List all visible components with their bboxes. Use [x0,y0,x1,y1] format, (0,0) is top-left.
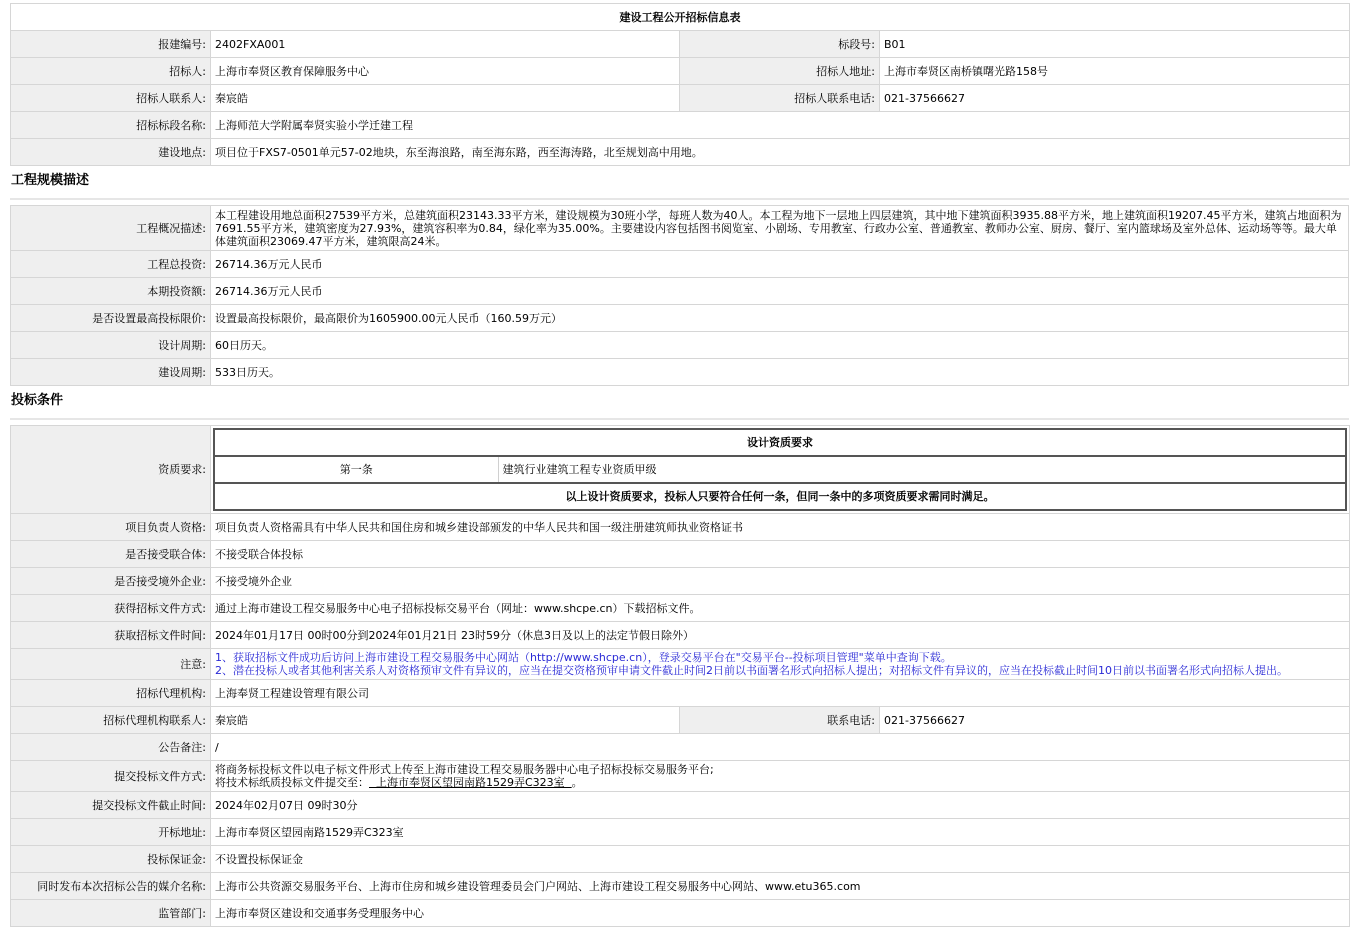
section-heading-scale: 工程规模描述 [10,166,1349,200]
row-remark: 公告备注: / [11,734,1350,761]
row-contact: 招标人联系人: 秦宸皓 招标人联系电话: 021-37566627 [11,85,1350,112]
max-price-value: 设置最高投标限价，最高限价为1605900.00元人民币（160.59万元） [211,305,1349,332]
agency-phone-value: 021-37566627 [880,707,1350,734]
contact-label: 招标人联系人: [11,85,211,112]
supervisor-value: 上海市奉贤区建设和交通事务受理服务中心 [211,900,1350,927]
conditions-table: 资质要求: 设计资质要求 第一条 建筑行业建筑工程专业资质甲级 以上设计资质要求… [10,425,1350,927]
remark-value: / [211,734,1350,761]
qualification-footer: 以上设计资质要求，投标人只要符合任何一条，但同一条中的多项资质要求需同时满足。 [214,483,1346,510]
report-no-label: 报建编号: [11,31,211,58]
phone-label: 招标人联系电话: [680,85,880,112]
row-pm: 项目负责人资格: 项目负责人资格需具有中华人民共和国住房和城乡建设部颁发的中华人… [11,514,1350,541]
consortium-value: 不接受联合体投标 [211,541,1350,568]
submit-method-suffix: 。 [572,776,583,789]
location-value: 项目位于FXS7-0501单元57-02地块，东至海浪路，南至海东路，西至海涛路… [211,139,1350,166]
row-total-investment: 工程总投资: 26714.36万元人民币 [11,251,1349,278]
row-media: 同时发布本次招标公告的媒介名称: 上海市公共资源交易服务平台、上海市住房和城乡建… [11,873,1350,900]
row-opening-address: 开标地址: 上海市奉贤区望园南路1529弄C323室 [11,819,1350,846]
deposit-value: 不设置投标保证金 [211,846,1350,873]
submit-method-prefix: 将技术标纸质投标文件提交至： [215,776,369,789]
submit-address: 上海市奉贤区望园南路1529弄C323室 [369,776,572,789]
supervisor-label: 监管部门: [11,900,211,927]
opening-address-value: 上海市奉贤区望园南路1529弄C323室 [211,819,1350,846]
basic-info-table: 建设工程公开招标信息表 报建编号: 2402FXA001 标段号: B01 招标… [10,3,1350,166]
total-investment-value: 26714.36万元人民币 [211,251,1349,278]
row-build-period: 建设周期: 533日历天。 [11,359,1349,386]
section-no-label: 标段号: [680,31,880,58]
tenderer-address-value: 上海市奉贤区南桥镇曙光路158号 [880,58,1350,85]
doc-time-value: 2024年01月17日 00时00分到2024年01月21日 23时59分（休息… [211,622,1350,649]
tenderer-label: 招标人: [11,58,211,85]
scale-table: 工程概况描述: 本工程建设用地总面积27539平方米，总建筑面积23143.33… [10,205,1349,386]
row-deadline: 提交投标文件截止时间: 2024年02月07日 09时30分 [11,792,1350,819]
agency-value: 上海奉贤工程建设管理有限公司 [211,680,1350,707]
qualification-row: 第一条 建筑行业建筑工程专业资质甲级 [214,456,1346,483]
overview-value: 本工程建设用地总面积27539平方米，总建筑面积23143.33平方米，建设规模… [211,206,1349,251]
notice-line-1: 1、获取招标文件成功后访问上海市建设工程交易服务中心网站（http://www.… [215,651,1345,664]
media-label: 同时发布本次招标公告的媒介名称: [11,873,211,900]
current-investment-value: 26714.36万元人民币 [211,278,1349,305]
doc-method-value: 通过上海市建设工程交易服务中心电子招标投标交易平台（网址：www.shcpe.c… [211,595,1350,622]
section-heading-conditions: 投标条件 [10,386,1349,420]
submit-method-value: 将商务标投标文件以电子标文件形式上传至上海市建设工程交易服务器中心电子招标投标交… [211,761,1350,792]
row-overview: 工程概况描述: 本工程建设用地总面积27539平方米，总建筑面积23143.33… [11,206,1349,251]
pm-label: 项目负责人资格: [11,514,211,541]
tenderer-address-label: 招标人地址: [680,58,880,85]
qualification-item: 第一条 [214,456,498,483]
agency-contact-value: 秦宸皓 [211,707,680,734]
opening-address-label: 开标地址: [11,819,211,846]
phone-value: 021-37566627 [880,85,1350,112]
row-tenderer: 招标人: 上海市奉贤区教育保障服务中心 招标人地址: 上海市奉贤区南桥镇曙光路1… [11,58,1350,85]
row-notice: 注意: 1、获取招标文件成功后访问上海市建设工程交易服务中心网站（http://… [11,649,1350,680]
contact-value: 秦宸皓 [211,85,680,112]
doc-method-label: 获得招标文件方式: [11,595,211,622]
qualification-cell: 设计资质要求 第一条 建筑行业建筑工程专业资质甲级 以上设计资质要求，投标人只要… [211,426,1350,514]
section-name-value: 上海师范大学附属奉贤实验小学迁建工程 [211,112,1350,139]
overview-label: 工程概况描述: [11,206,211,251]
location-label: 建设地点: [11,139,211,166]
notice-value: 1、获取招标文件成功后访问上海市建设工程交易服务中心网站（http://www.… [211,649,1350,680]
submit-method-label: 提交投标文件方式: [11,761,211,792]
page-title: 建设工程公开招标信息表 [11,4,1350,31]
deadline-value: 2024年02月07日 09时30分 [211,792,1350,819]
section-no-value: B01 [880,31,1350,58]
report-no-value: 2402FXA001 [211,31,680,58]
agency-phone-label: 联系电话: [680,707,880,734]
row-foreign: 是否接受境外企业: 不接受境外企业 [11,568,1350,595]
notice-line-2: 2、潜在投标人或者其他利害关系人对资格预审文件有异议的，应当在提交资格预审申请文… [215,664,1345,677]
qualification-requirement: 建筑行业建筑工程专业资质甲级 [498,456,1346,483]
row-deposit: 投标保证金: 不设置投标保证金 [11,846,1350,873]
agency-contact-label: 招标代理机构联系人: [11,707,211,734]
row-qualification: 资质要求: 设计资质要求 第一条 建筑行业建筑工程专业资质甲级 以上设计资质要求… [11,426,1350,514]
row-max-price: 是否设置最高投标限价: 设置最高投标限价，最高限价为1605900.00元人民币… [11,305,1349,332]
row-location: 建设地点: 项目位于FXS7-0501单元57-02地块，东至海浪路，南至海东路… [11,139,1350,166]
qualification-table: 设计资质要求 第一条 建筑行业建筑工程专业资质甲级 以上设计资质要求，投标人只要… [213,428,1347,511]
remark-label: 公告备注: [11,734,211,761]
row-submit-method: 提交投标文件方式: 将商务标投标文件以电子标文件形式上传至上海市建设工程交易服务… [11,761,1350,792]
submit-method-line-2: 将技术标纸质投标文件提交至： 上海市奉贤区望园南路1529弄C323室 。 [215,776,1345,789]
build-period-label: 建设周期: [11,359,211,386]
design-period-label: 设计周期: [11,332,211,359]
row-supervisor: 监管部门: 上海市奉贤区建设和交通事务受理服务中心 [11,900,1350,927]
pm-value: 项目负责人资格需具有中华人民共和国住房和城乡建设部颁发的中华人民共和国一级注册建… [211,514,1350,541]
tenderer-value: 上海市奉贤区教育保障服务中心 [211,58,680,85]
max-price-label: 是否设置最高投标限价: [11,305,211,332]
row-doc-method: 获得招标文件方式: 通过上海市建设工程交易服务中心电子招标投标交易平台（网址：w… [11,595,1350,622]
row-agency-contact: 招标代理机构联系人: 秦宸皓 联系电话: 021-37566627 [11,707,1350,734]
row-doc-time: 获取招标文件时间: 2024年01月17日 00时00分到2024年01月21日… [11,622,1350,649]
qualification-header: 设计资质要求 [214,429,1346,456]
foreign-label: 是否接受境外企业: [11,568,211,595]
foreign-value: 不接受境外企业 [211,568,1350,595]
notice-label: 注意: [11,649,211,680]
row-report-no: 报建编号: 2402FXA001 标段号: B01 [11,31,1350,58]
row-consortium: 是否接受联合体: 不接受联合体投标 [11,541,1350,568]
total-investment-label: 工程总投资: [11,251,211,278]
design-period-value: 60日历天。 [211,332,1349,359]
consortium-label: 是否接受联合体: [11,541,211,568]
row-section-name: 招标标段名称: 上海师范大学附属奉贤实验小学迁建工程 [11,112,1350,139]
media-value: 上海市公共资源交易服务平台、上海市住房和城乡建设管理委员会门户网站、上海市建设工… [211,873,1350,900]
current-investment-label: 本期投资额: [11,278,211,305]
doc-time-label: 获取招标文件时间: [11,622,211,649]
section-name-label: 招标标段名称: [11,112,211,139]
submit-method-line-1: 将商务标投标文件以电子标文件形式上传至上海市建设工程交易服务器中心电子招标投标交… [215,763,1345,776]
row-design-period: 设计周期: 60日历天。 [11,332,1349,359]
build-period-value: 533日历天。 [211,359,1349,386]
qualification-label: 资质要求: [11,426,211,514]
row-current-investment: 本期投资额: 26714.36万元人民币 [11,278,1349,305]
deposit-label: 投标保证金: [11,846,211,873]
agency-label: 招标代理机构: [11,680,211,707]
deadline-label: 提交投标文件截止时间: [11,792,211,819]
row-agency: 招标代理机构: 上海奉贤工程建设管理有限公司 [11,680,1350,707]
tender-info-page: 建设工程公开招标信息表 报建编号: 2402FXA001 标段号: B01 招标… [10,3,1349,927]
